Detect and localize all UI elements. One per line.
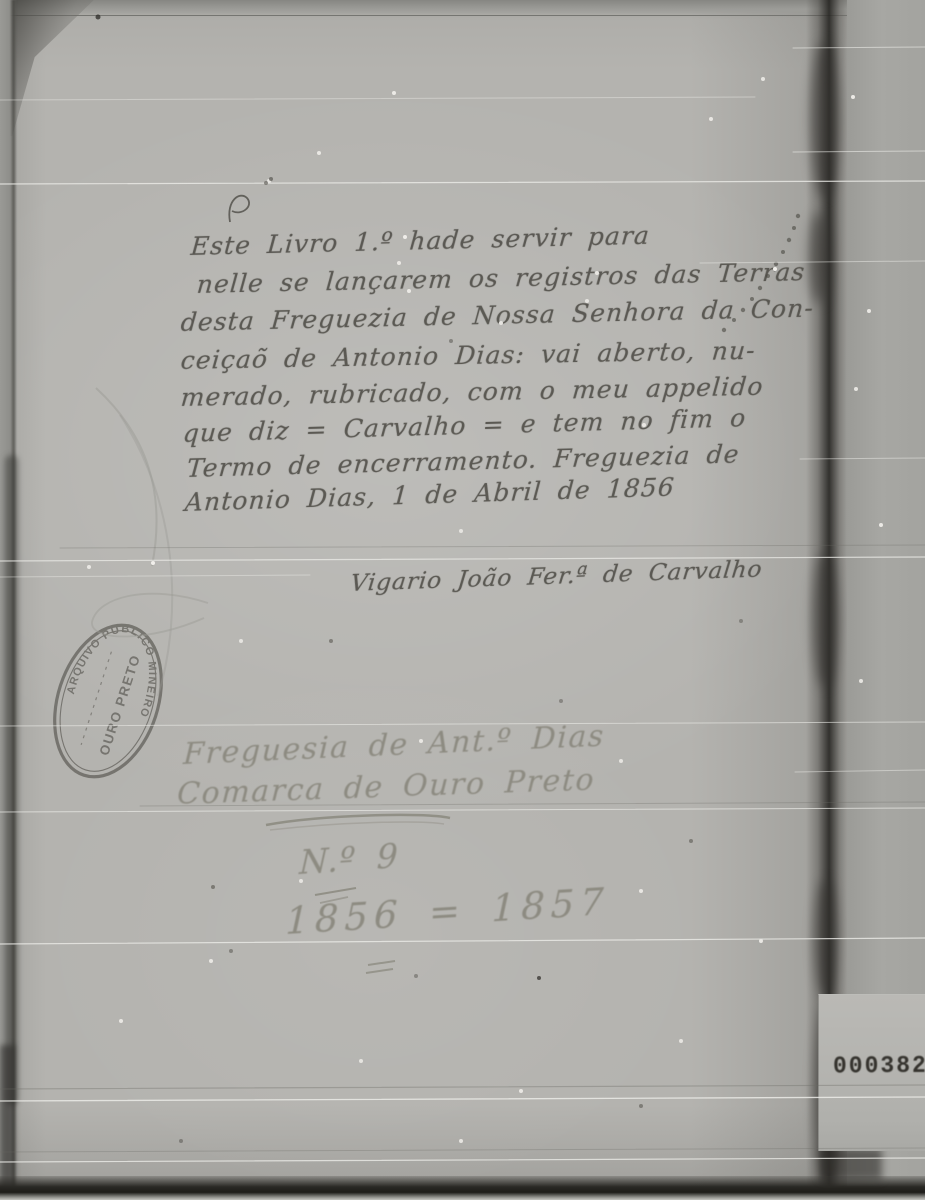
- edge-blot: [815, 880, 836, 995]
- pencil-book-number: N.º 9: [299, 838, 400, 881]
- archive-stamp-rings: ARQUIVO PUBLICO MINEIRO OURO PRETO: [36, 609, 180, 791]
- bottom-scan-edge: [0, 1176, 925, 1200]
- dark-speckles: [0, 0, 2, 2]
- page-top-edge: [0, 0, 925, 16]
- stamp-center-text: OURO PRETO: [96, 652, 143, 757]
- edge-blot: [813, 552, 837, 687]
- archive-stamp: ARQUIVO PUBLICO MINEIRO OURO PRETO: [36, 606, 181, 796]
- catalog-number: 000382: [833, 1054, 925, 1079]
- edge-blot: [809, 212, 829, 304]
- catalog-label-card: 000382: [818, 994, 925, 1151]
- catalog-card-shadow: [820, 1148, 882, 1180]
- scanned-document-page: ARQUIVO PUBLICO MINEIRO OURO PRETO Este …: [0, 0, 925, 1200]
- page-background: [0, 0, 925, 1200]
- binding-seam-shadow: [5, 455, 18, 1105]
- edge-blot: [811, 42, 838, 197]
